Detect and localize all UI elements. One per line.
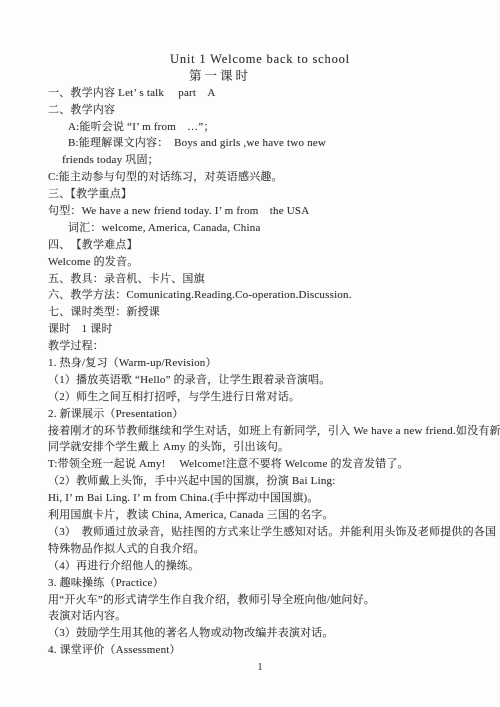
- document-line: 四、 【教学难点】: [48, 237, 472, 254]
- document-line: （2）师生之间互相打招呼，与学生进行日常对话。: [48, 389, 472, 406]
- document-line: 用“开火车”的形式请学生作自我介绍，教师引导全班向他/她问好。: [48, 592, 472, 609]
- document-line: （2）教师戴上头饰，手中兴起中国的国旗，扮演 Bai Ling:: [48, 473, 472, 490]
- document-line: （3） 教师通过放录音，贴挂图的方式来让学生感知对话。并能利用头饰及老师提供的各…: [48, 524, 472, 541]
- document-line: 1. 热身/复习（Warm-up/Revision）: [48, 355, 472, 372]
- page-number: 1: [48, 659, 472, 676]
- document-body: 一、教学内容 Let’ s talk part A二、教学内容A:能听会说 “I…: [48, 85, 472, 659]
- document-page: Unit 1 Welcome back to school 第一课时 一、教学内…: [0, 0, 500, 707]
- document-line: 六、教学方法：Comunicating.Reading.Co-operation…: [48, 287, 472, 304]
- document-line: 接着刚才的环节教师继续和学生对话，如班上有新同学，引入 We have a ne…: [48, 423, 472, 440]
- document-line: （4）再进行介绍他人的操练。: [48, 558, 472, 575]
- document-line: B:能理解课文内容： Boys and girls ,we have two n…: [48, 135, 472, 152]
- document-line: （3）鼓励学生用其他的著名人物或动物改编并表演对话。: [48, 625, 472, 642]
- document-line: 课时 1 课时: [48, 321, 472, 338]
- document-line: （1）播放英语歌 “Hello” 的录音，让学生跟着录音演唱。: [48, 372, 472, 389]
- document-line: 同学就安排个学生戴上 Amy 的头饰，引出该句。: [48, 439, 472, 456]
- document-line: 表演对话内容。: [48, 608, 472, 625]
- document-line: 二、教学内容: [48, 102, 472, 119]
- document-line: 七、课时类型：新授课: [48, 304, 472, 321]
- document-line: T:带领全班一起说 Amy! Welcome!注意不要将 Welcome 的发音…: [48, 456, 472, 473]
- document-line: friends today 巩固；: [48, 152, 472, 169]
- document-line: 2. 新课展示（Presentation）: [48, 406, 472, 423]
- document-line: 教学过程：: [48, 338, 472, 355]
- document-line: A:能听会说 “I’ m from …”；: [48, 119, 472, 136]
- document-subtitle: 第一课时: [8, 68, 432, 85]
- document-line: 利用国旗卡片，教读 China, America, Canada 三国的名字。: [48, 507, 472, 524]
- document-line: Welcome 的发音。: [48, 254, 472, 271]
- document-line: 五、教具：录音机、卡片、国旗: [48, 271, 472, 288]
- document-line: Hi, I’ m Bai Ling. I’ m from China.(手中挥动…: [48, 490, 472, 507]
- document-line: C:能主动参与句型的对话练习，对英语感兴趣。: [48, 169, 472, 186]
- document-content: Unit 1 Welcome back to school 第一课时 一、教学内…: [0, 0, 500, 676]
- document-line: 3. 趣味操练（Practice）: [48, 575, 472, 592]
- document-line: 句型：We have a new friend today. I’ m from…: [48, 203, 472, 220]
- document-line: 词汇：welcome, America, Canada, China: [48, 220, 472, 237]
- document-line: 一、教学内容 Let’ s talk part A: [48, 85, 472, 102]
- document-line: 特殊物品作拟人式的自我介绍。: [48, 541, 472, 558]
- document-line: 4. 课堂评价（Assessment）: [48, 642, 472, 659]
- document-line: 三、【教学重点】: [48, 186, 472, 203]
- document-title: Unit 1 Welcome back to school: [48, 51, 472, 68]
